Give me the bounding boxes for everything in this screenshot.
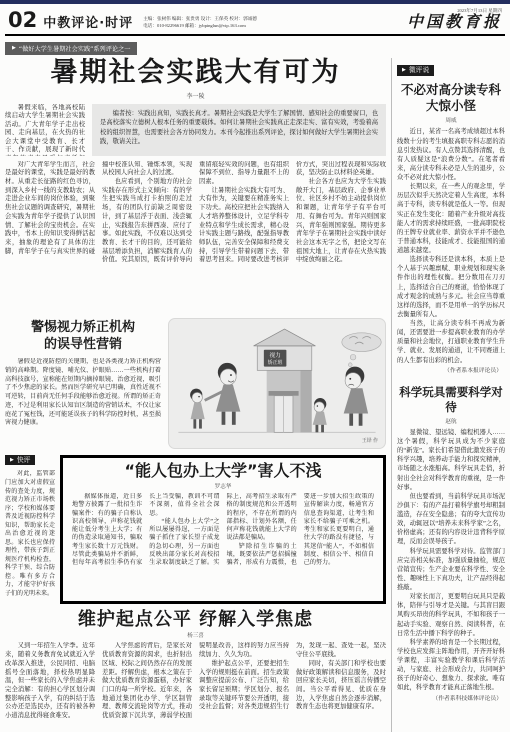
continuation-paragraph: 对此，监管部门应加大对虚假宣传的查处力度，规范视力矫正市场秩序；学校和媒体要普及… <box>5 470 55 598</box>
staff-line1: 主编：张树伟 编辑：张贵勇 设计：王保英 校对：郭诚德 <box>143 16 257 21</box>
newspaper-masthead: 中国教育报 <box>407 15 502 31</box>
lead-intro-text: 暑假来临，各地高校陆续启动大学生暑期社会实践活动。广大青年学子走出校园、走向基层… <box>5 104 85 156</box>
cartoon-article-continuation: 对此，监管部门应加大对虚假宣传的查处力度，规范视力矫正市场秩序；学校和媒体要普及… <box>5 470 55 603</box>
sidebar-bottom-article-byline: 赵航 <box>397 417 505 425</box>
boxed-article-body: 据媒体报道，近日多地警方披露了一批招生诈骗案件：有的骗子自称认识高校领导，声称花… <box>72 493 374 587</box>
sidebar-paragraph: 选择读专科还是读本科，本质上是个人基于兴趣禀赋、职业规划和现实条件作出的理性权衡… <box>397 255 505 319</box>
left-child-leg <box>199 419 202 428</box>
thought-bubble <box>342 332 381 351</box>
bottom-article: 维护起点公平 纾解入学焦虑 杨三喜 又到一年招生入学季。近年来，随着义务教育免试… <box>5 610 386 732</box>
series-banner-label: “做好大学生暑期社会实践”系列评论之一 <box>19 44 131 53</box>
section-title: 中教评论·时评 <box>43 17 133 31</box>
arrow-icon: ▶ <box>402 68 406 73</box>
thought-bubble-dot <box>350 354 356 360</box>
sidebar-paragraph: 近日，某省一名高考成绩超过本科线数十分的考生填报高职专科志愿的消息引发热议。有人… <box>397 127 505 182</box>
sidebar-paragraph: 当然，让高分读专科不再成为新闻，还需要进一步提高职业教育的办学质量和社会地位，打… <box>397 319 505 365</box>
cartoon-article-paragraph: 暑假是近视防控的关键期，也是各类视力矫正机构营销的高峰期。降度镜、哺光仪、护眼贴… <box>5 358 161 427</box>
sidebar-paragraph: 显微镜、望远镜、编程机器人……这个暑假，科学玩具成为不少家庭的“新宠”。家长们希… <box>397 428 505 492</box>
staff-info: 主编：张树伟 编辑：张贵勇 设计：王保英 校对：郭诚德 电话：010-82296… <box>143 16 257 30</box>
author-attribution: （作者系科技媒体评论员） <box>397 695 505 703</box>
series-banner: ▶ “做好大学生暑期社会实践”系列评论之一 <box>5 42 137 55</box>
sidebar-paragraph: 科学玩具需要科学对待。监管部门应完善相关标准，加强质量抽检，规范营销宣传；生产企… <box>397 547 505 593</box>
right-mother-face <box>345 372 361 388</box>
cartoon-article-body: 暑假是近视防控的关键期，也是各类视力矫正机构营销的高峰期。降度镜、哺光仪、护眼贴… <box>5 358 161 448</box>
cartoon-illustration: 视力 矫正班 <box>169 319 385 448</box>
sidebar-paragraph: 长期以来，在一些人的观念里，学历层次似乎天然决定着人生高度，本科高于专科，读专科… <box>397 182 505 255</box>
sidebar-bottom-article-body: 显微镜、望远镜、编程机器人……这个暑假，科学玩具成为不少家庭的“新宠”。家长们希… <box>397 428 505 703</box>
left-mother-leg <box>222 411 226 424</box>
lead-intro-column: 暑假来临，各地高校陆续启动大学生暑期社会实践活动。广大青年学子走出校园、走向基层… <box>5 104 85 156</box>
left-mother-leg <box>232 411 236 424</box>
main-column: 暑期社会实践大有可为 李一陵 暑假来临，各地高校陆续启动大学生暑期社会实践活动。… <box>5 58 386 732</box>
building-sign-line2: 矫正班 <box>268 359 283 366</box>
newspaper-page: 02 中教评论·时评 主编：张树伟 编辑：张贵勇 设计：王保英 校对：郭诚德 电… <box>0 0 510 732</box>
sidebar-paragraph: 对家长而言，更要明白玩具只是载体，陪伴与引导才是关键。与其盲目跟风购买昂贵的科学… <box>397 592 505 638</box>
author-attribution: （作者系本报评论员） <box>397 367 505 375</box>
thought-bubble-dot <box>348 363 352 367</box>
bottom-paragraph: 同时，有关部门和学校也要做好政策解读和信息服务，及时回应家长关切，挤压谣言传播空… <box>296 660 386 712</box>
header-left: 02 中教评论·时评 主编：张树伟 编辑：张贵勇 设计：王保英 校对：郭诚德 电… <box>8 10 257 31</box>
lead-article-title: 暑期社会实践大有可为 <box>5 58 386 88</box>
left-child-leg <box>193 419 196 428</box>
door-awning <box>269 391 299 396</box>
editor-note-box: 编者按：实践出真知，实践长真才。暑期社会实践是大学生了解国情、感知社会的重要窗口… <box>92 104 386 156</box>
right-child-face <box>314 402 324 412</box>
right-child-body <box>313 411 327 424</box>
page-header: 02 中教评论·时评 主编：张树伟 编辑：张贵勇 设计：王保英 校对：郭诚德 电… <box>0 4 510 33</box>
sidebar-top-article-byline: 周威 <box>397 116 505 124</box>
sidebar-label-text: 微评说 <box>409 67 429 74</box>
left-child-face <box>192 392 202 402</box>
lead-article-byline: 李一陵 <box>5 91 386 100</box>
cartoon-article-band: 警惕视力矫正机构 的误导性营销 暑假是近视防控的关键期，也是各类视力矫正机构营销… <box>5 318 386 449</box>
bottom-article-body: 又到一年招生入学季。近年来，随着义务教育免试就近入学改革深入推进，公民同招、电脑… <box>5 642 386 732</box>
lead-top-row: 暑假来临，各地高校陆续启动大学生暑期社会实践活动。广大青年学子走出校园、走向基层… <box>5 104 386 156</box>
right-mother-dress <box>344 388 368 413</box>
sidebar-column: ▶ 微评说 不必对高分读专科 大惊小怪 周威 近日，某省一名高考成绩超过本科线数… <box>397 58 505 732</box>
page-number: 02 <box>8 10 37 31</box>
cartoonist-signature: 王铎 作 <box>362 437 378 444</box>
sidebar-paragraph: 但也要看到，当前科学玩具市场泥沙俱下：有的产品打着科学旗号却粗制滥造，存在安全隐… <box>397 492 505 547</box>
sidebar-top-article-title: 不必对高分读专科 大惊小怪 <box>397 82 505 115</box>
right-mother-leg <box>359 413 363 425</box>
bottom-article-title: 维护起点公平 纾解入学焦虑 <box>5 610 386 630</box>
building-sign-line1: 视力 <box>269 351 281 359</box>
sidebar-top-article-body: 近日，某省一名高考成绩超过本科线数十分的考生填报高职专科志愿的消息引发热议。有人… <box>397 127 505 375</box>
right-child-leg <box>321 425 324 433</box>
boxed-article-band: ▶ 快评 对此，监管部门应加大对虚假宣传的查处力度，规范视力矫正市场秩序；学校和… <box>5 455 386 604</box>
left-strip: ▶ 快评 对此，监管部门应加大对虚假宣传的查处力度，规范视力矫正市场秩序；学校和… <box>5 455 55 604</box>
boxed-article: “能人包办上大学”害人不浅 罗志华 据媒体报道，近日多地警方披露了一批招生诈骗案… <box>60 455 386 604</box>
column-divider <box>391 58 392 732</box>
sidebar-label-chip: ▶ 微评说 <box>397 65 434 76</box>
left-mother-face <box>220 369 236 385</box>
page-content: 暑期社会实践大有可为 李一陵 暑假来临，各地高校陆续启动大学生暑期社会实践活动。… <box>0 58 510 732</box>
sidebar-bottom-article-title: 科学玩具需要科学对待 <box>397 385 505 415</box>
lead-article-body: 对广大青年学生而言，社会是最好的课堂，实践是最好的教材。从重走长征路的红色寻访，… <box>5 161 386 311</box>
arrow-icon: ▶ <box>10 458 14 463</box>
sidebar-paragraph: 科学素养的培育是一个长期过程，学校也应发挥主阵地作用，开齐开好科学课程，丰富实验… <box>397 638 505 693</box>
staff-line2: 电话：010-82296619 邮箱：jybpinglun@vip.163.co… <box>143 23 246 28</box>
editor-note-text: 编者按：实践出真知，实践长真才。暑期社会实践是大学生了解国情、感知社会的重要窗口… <box>100 109 378 147</box>
editorial-cartoon: 视力 矫正班 <box>168 318 386 449</box>
arrow-icon: ▶ <box>12 46 16 51</box>
column-label-chip: ▶ 快评 <box>5 455 35 466</box>
header-right: 2023年7月13日 星期四 中国教育报 <box>407 8 502 31</box>
left-mother-dress <box>216 384 240 411</box>
column-label-text: 快评 <box>17 457 31 464</box>
bottom-paragraph: 又到一年招生入学季。近年来，随着义务教育免试就近入学改革深入推进，公民同招、电脑… <box>5 642 95 720</box>
cartoon-article-title: 警惕视力矫正机构 的误导性营销 <box>5 320 161 354</box>
lead-paragraph: 社会各方也应为大学生实践敞开大门，基层政府、企事业单位、社区乡村不妨主动提供岗位… <box>296 178 386 265</box>
building-roof <box>254 329 316 346</box>
right-mother-leg <box>349 413 353 425</box>
bottom-article-byline: 杨三喜 <box>5 631 386 639</box>
right-child-leg <box>316 425 319 433</box>
left-child-body <box>191 402 205 419</box>
building-tower-side <box>300 368 311 432</box>
header-rule <box>5 34 505 36</box>
boxed-article-byline: 罗志华 <box>72 482 374 490</box>
cartoon-article-text-block: 警惕视力矫正机构 的误导性营销 暑假是近视防控的关键期，也是各类视力矫正机构营销… <box>5 318 161 449</box>
boxed-article-title: “能人包办上大学”害人不浅 <box>72 462 374 480</box>
